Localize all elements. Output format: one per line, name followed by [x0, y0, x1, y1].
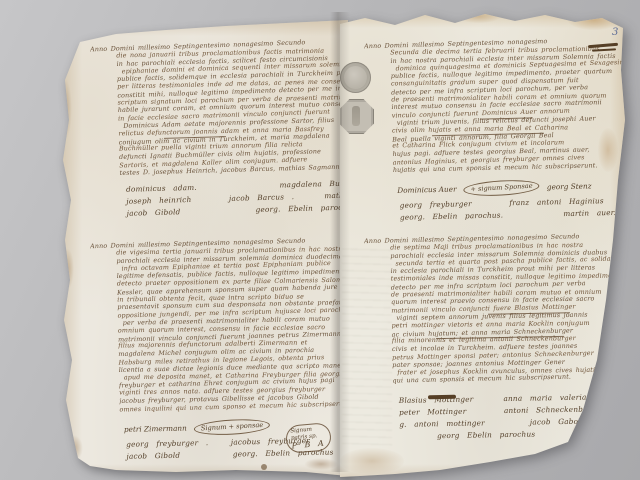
register-entry-4: Anno Domini millesimo Septingentesimo no… — [390, 233, 626, 443]
right-page-wrap: 3 Anno Domini millesimo Septingentesimo … — [0, 0, 640, 480]
entry-signatures: Blasius Mottinger anna maria valeria Sch… — [399, 391, 626, 443]
entry-text: Anno Domini millesimo Septingentesimo no… — [390, 233, 625, 385]
manuscript-scan: 2 Anno Domini millesimo Septingentesimo … — [0, 0, 640, 480]
right-page: 3 Anno Domini millesimo Septingentesimo … — [340, 10, 638, 480]
signature-name: georg Stenz — [547, 180, 592, 192]
entry-text: Anno Domini millesimo Septingentesimo no… — [390, 37, 625, 175]
register-entry-3: Anno Domini millesimo Septingentesimo no… — [390, 37, 626, 224]
manuscript-line: georg Ebelin parochus — [399, 427, 625, 443]
entry-signatures: georg freyburger franz antoni Haginiusge… — [400, 194, 626, 223]
sponsa-cross-mark: + signum Sponsae — [463, 178, 540, 197]
stain — [458, 10, 500, 23]
stain — [340, 448, 404, 474]
ink-bleedthrough — [342, 245, 392, 450]
deckle-edge-top — [340, 10, 638, 28]
deckle-edge-bottom — [340, 464, 638, 480]
octagonal-stamp-icon — [339, 99, 374, 134]
embossed-round-seal-icon — [340, 62, 371, 93]
signature-name: Dominicus Auer — [397, 183, 456, 195]
